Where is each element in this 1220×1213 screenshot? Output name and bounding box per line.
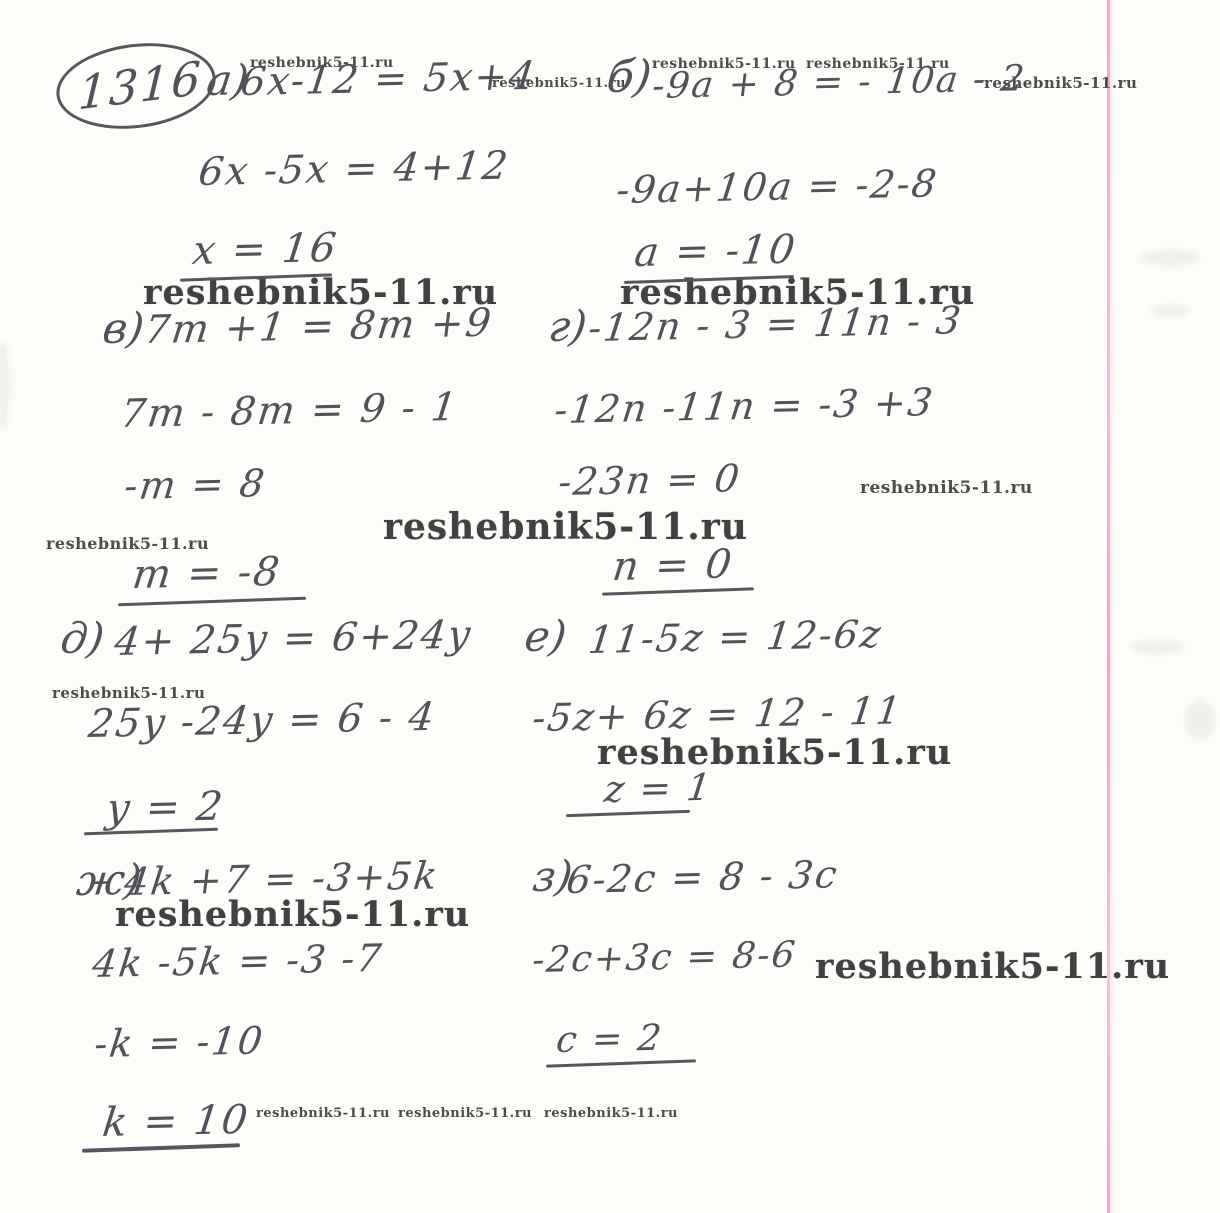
part-b-step-2: -9a+10a = -2-8	[614, 161, 941, 212]
part-z-step-2: -2c+3c = 8-6	[530, 934, 799, 981]
problem-number-circle: 1316	[51, 35, 220, 138]
scan-smudge	[1150, 305, 1190, 317]
scan-smudge	[1185, 700, 1215, 740]
part-v-step-3: -m = 8	[122, 461, 269, 508]
part-a-step-2: 6x -5x = 4+12	[196, 144, 512, 195]
part-d-answer: y = 2	[104, 784, 227, 832]
scan-smudge	[1140, 250, 1200, 266]
scan-smudge	[1130, 640, 1185, 654]
answer-underline	[118, 597, 306, 607]
watermark-small: reshebnik5-11.ru	[398, 1106, 532, 1121]
part-v-label: в)	[100, 303, 147, 353]
part-e-step-1: 11-5z = 12-6z	[586, 612, 885, 662]
part-d-step-1: 4+ 25y = 6+24y	[112, 613, 475, 665]
notebook-margin-line	[1107, 0, 1110, 1213]
part-v-answer: m = -8	[130, 549, 284, 598]
part-v-step-2: 7m - 8m = 9 - 1	[118, 385, 461, 437]
watermark-small: reshebnik5-11.ru	[256, 1106, 390, 1121]
part-z-step-1: 6-2c = 8 - 3c	[564, 852, 841, 902]
part-zh-step-3: -k = -10	[92, 1018, 267, 1066]
part-b-label: б)	[604, 51, 654, 103]
part-g-step-2: -12n -11n = -3 +3	[552, 380, 937, 432]
answer-underline	[566, 810, 690, 817]
part-g-step-1: -12n - 3 = 11n - 3	[586, 298, 965, 350]
part-zh-step-1: 4k +7 = -3+5k	[122, 853, 441, 904]
scanned-notebook-page: reshebnik5-11.ru reshebnik5-11.ru resheb…	[0, 0, 1220, 1213]
scan-smudge	[0, 340, 10, 430]
watermark-small: reshebnik5-11.ru	[860, 478, 1033, 498]
watermark-large: reshebnik5-11.ru	[815, 946, 1170, 987]
part-zh-step-2: 4k -5k = -3 -7	[90, 936, 385, 986]
part-g-answer: n = 0	[610, 541, 736, 590]
part-a-answer: x = 16	[190, 225, 340, 274]
part-b-answer: a = -10	[632, 227, 799, 276]
part-v-step-1: 7m +1 = 8m +9	[142, 301, 495, 353]
part-a-step-1: 6x-12 = 5x+4	[238, 54, 539, 105]
part-e-label: е)	[522, 611, 569, 661]
part-g-step-3: -23n = 0	[556, 456, 744, 504]
part-z-answer: c = 2	[554, 1018, 665, 1061]
problem-number: 1316	[77, 50, 204, 120]
part-e-answer: z = 1	[602, 766, 715, 811]
watermark-small: reshebnik5-11.ru	[544, 1106, 678, 1121]
part-d-step-2: 25y -24y = 6 - 4	[86, 695, 438, 747]
part-d-label: д)	[58, 613, 107, 663]
part-b-step-1: -9a + 8 = - 10a - 2	[650, 58, 1028, 107]
part-e-step-2: -5z+ 6z = 12 - 11	[530, 688, 905, 740]
part-zh-answer: k = 10	[100, 1097, 252, 1146]
part-g-label: г)	[546, 301, 590, 351]
